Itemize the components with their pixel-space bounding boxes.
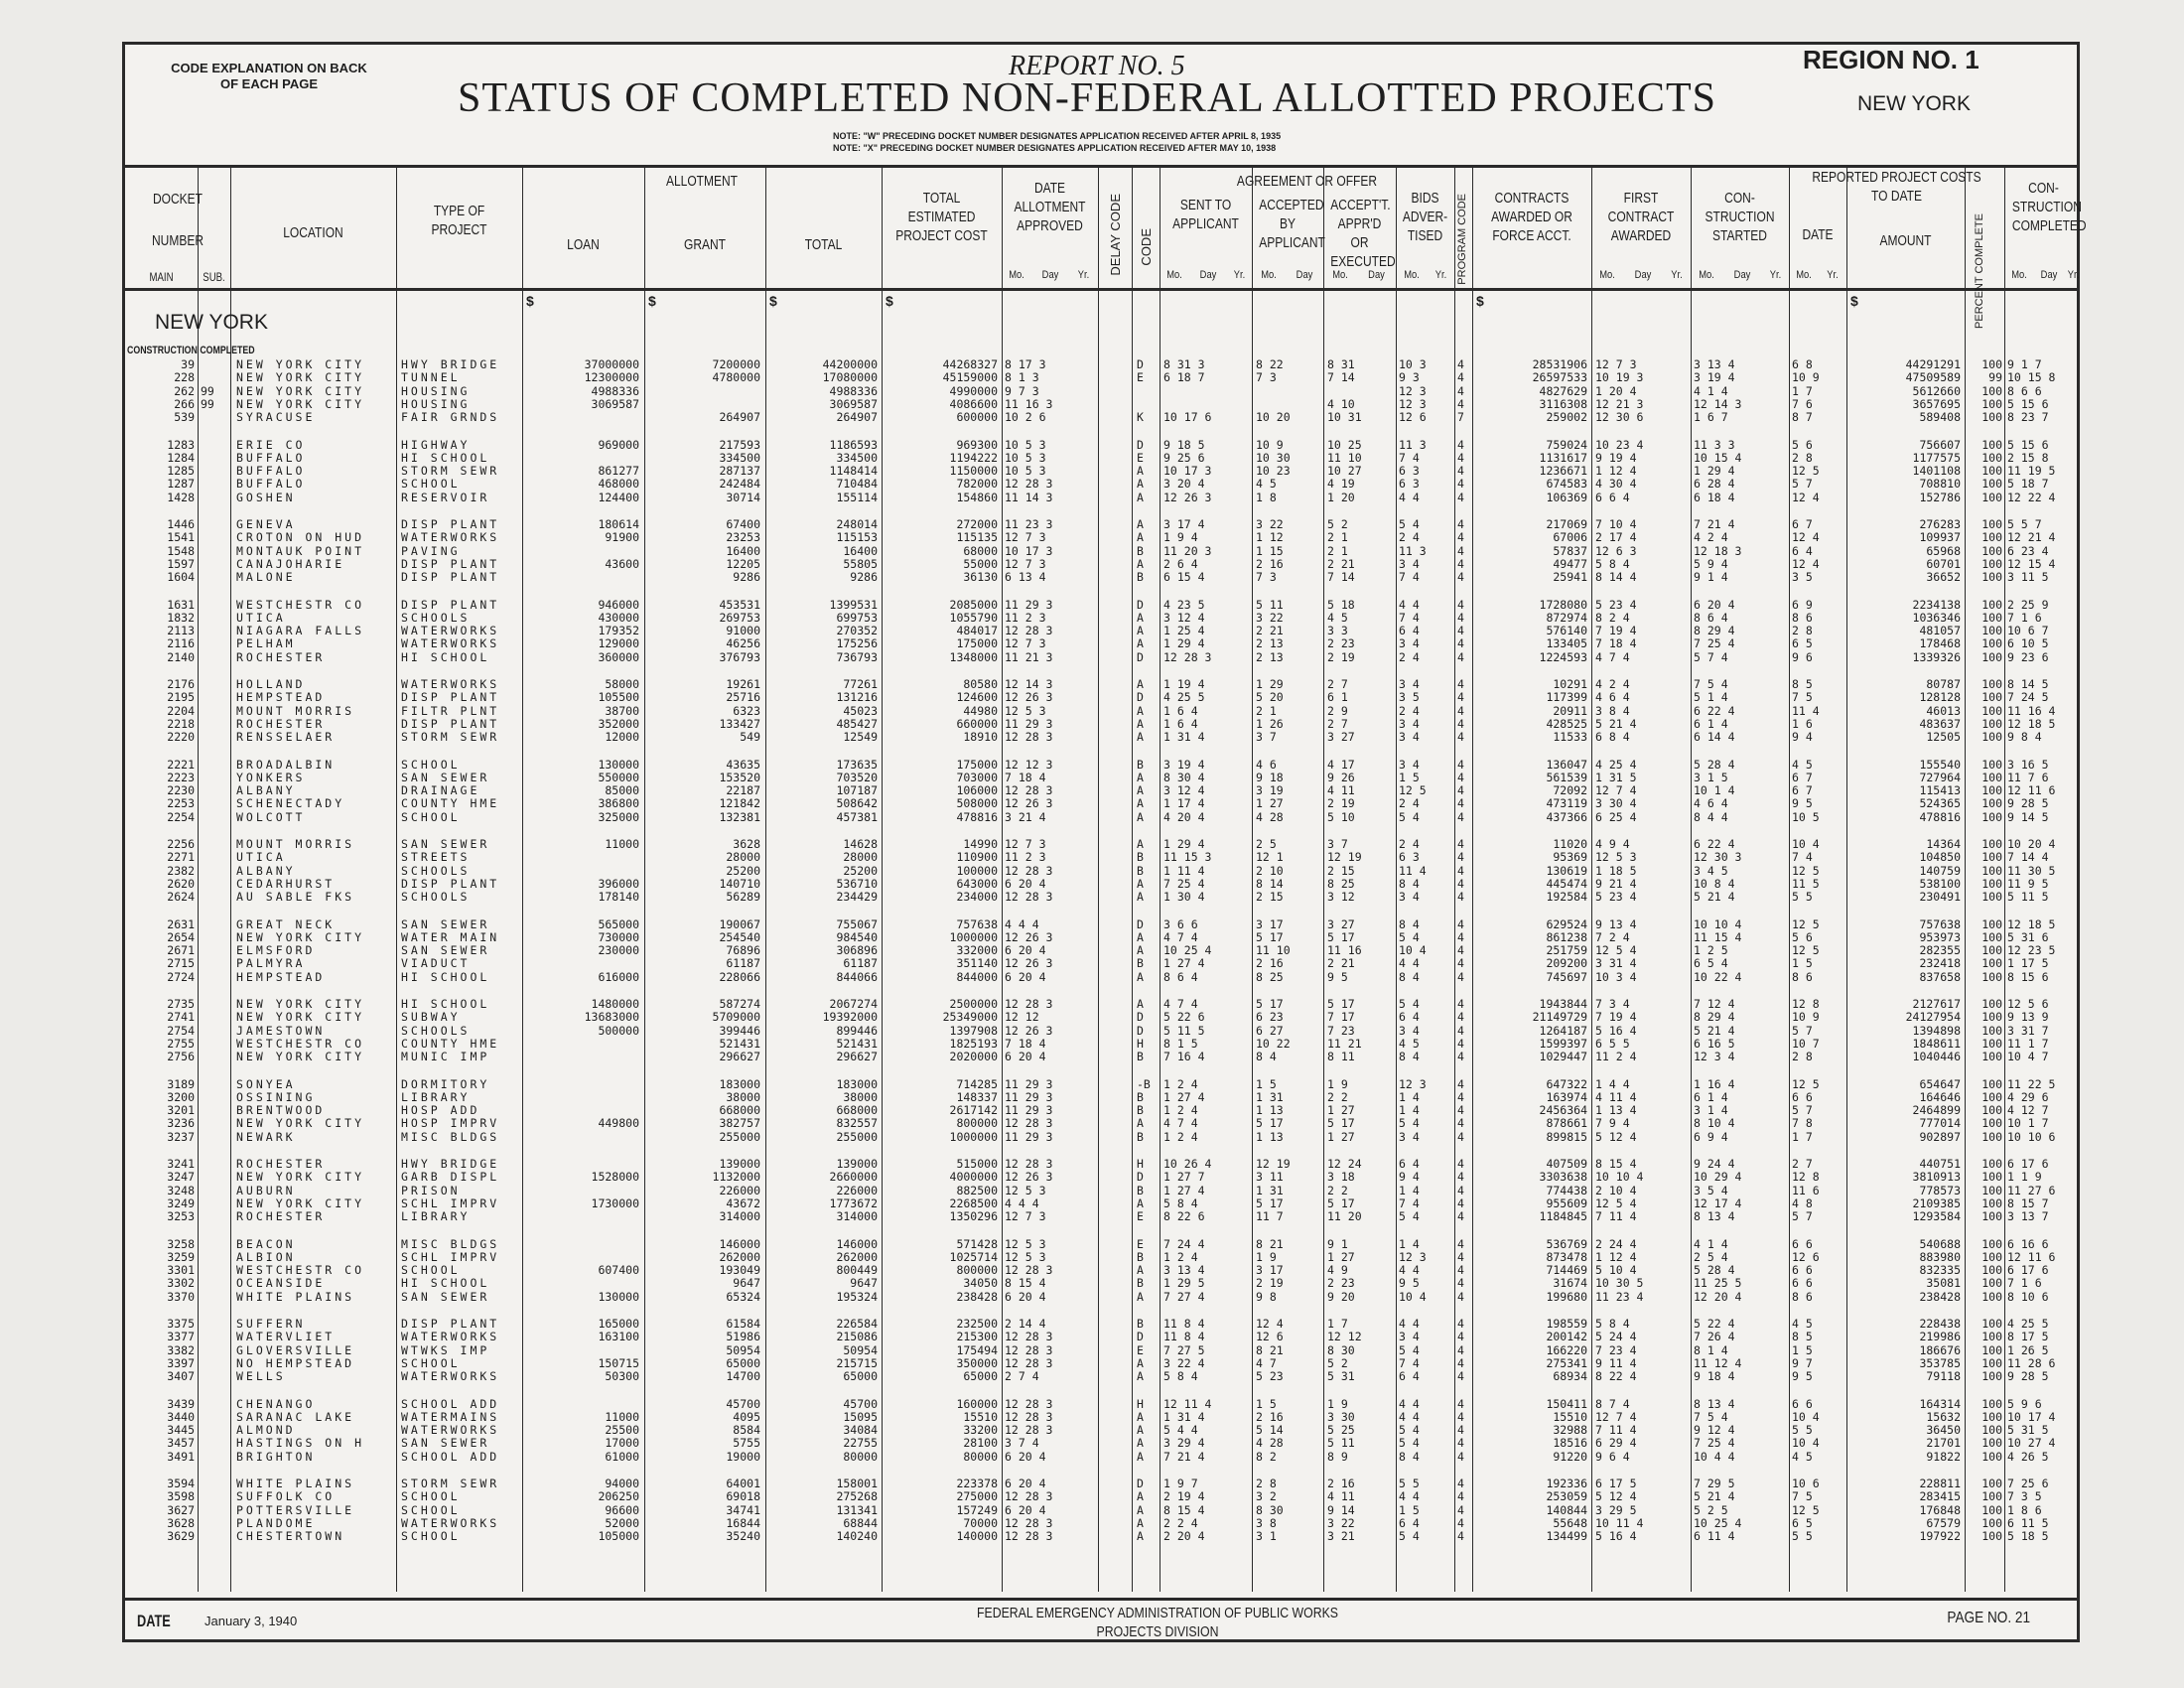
cell-loan: 4988336: [522, 385, 639, 398]
cell-completed: 8 23 7: [2007, 411, 2082, 424]
cell-contracts: 68934: [1472, 1370, 1587, 1383]
table-row: 2741NEW YORK CITYSUBWAY13683000570900019…: [125, 1011, 2077, 1024]
col-bids: BIDS ADVER-TISED: [1402, 189, 1448, 245]
cell-loc: BUFFALO: [236, 452, 395, 465]
cell-grant: 9286: [644, 571, 760, 584]
cell-acode: A: [1137, 518, 1159, 531]
cell-first: 11 23 4: [1595, 1291, 1689, 1304]
cell-est: 1055790: [882, 612, 998, 625]
cell-type: SCHOOL: [401, 1504, 522, 1517]
cell-grant: 25716: [644, 691, 760, 704]
cell-completed: 5 18 5: [2007, 1530, 2082, 1543]
table-row: 3375SUFFERNDISP PLANT1650006158422658423…: [125, 1318, 2077, 1331]
cell-started: 6 22 4: [1694, 838, 1787, 851]
cell-first: 9 21 4: [1595, 878, 1689, 891]
cell-allot: 11 29 3: [1005, 599, 1096, 612]
cell-first: 7 11 4: [1595, 1424, 1689, 1437]
cell-type: DISP PLANT: [401, 599, 522, 612]
cell-type: SCHOOL: [401, 1264, 522, 1277]
cell-acode: D: [1137, 1331, 1159, 1343]
cell-acode: A: [1137, 465, 1159, 478]
cell-total: 131216: [765, 691, 878, 704]
sub-yr: Yr.: [1764, 265, 1787, 285]
sub-day: Day: [2036, 265, 2062, 285]
cell-loc: WESTCHESTR CO: [236, 1038, 395, 1051]
cell-acc: 8 22: [1256, 358, 1321, 371]
table-row: 1284BUFFALOHI SCHOOL33450033450011942221…: [125, 452, 2077, 465]
cell-acode: H: [1137, 1398, 1159, 1411]
cell-completed: 12 11 6: [2007, 1251, 2082, 1264]
cell-loan: 129000: [522, 637, 639, 650]
cell-rdate: 1 7: [1792, 1131, 1845, 1144]
cell-grant: 51986: [644, 1331, 760, 1343]
cell-grant: 146000: [644, 1238, 760, 1251]
cell-prog: 4: [1457, 1185, 1471, 1197]
cell-type: GARB DISPL: [401, 1171, 522, 1184]
cell-est: 2617142: [882, 1104, 998, 1117]
cell-prog: 4: [1457, 1424, 1471, 1437]
cell-allot: 11 16 3: [1005, 398, 1096, 411]
cell-allot: 11 29 3: [1005, 718, 1096, 731]
cell-rdate: 10 4: [1792, 838, 1845, 851]
cell-loan: 52000: [522, 1517, 639, 1530]
cell-started: 7 29 5: [1694, 1477, 1787, 1490]
cell-est: 332000: [882, 944, 998, 957]
cell-total: 899446: [765, 1025, 878, 1038]
cell-contracts: 21149729: [1472, 1011, 1587, 1024]
cell-allot: 12 5 3: [1005, 705, 1096, 718]
cell-bids: 4 4: [1399, 599, 1452, 612]
cell-sent: 1 29 4: [1163, 838, 1251, 851]
cell-appr: 7 17: [1327, 1011, 1393, 1024]
cell-loc: HEMPSTEAD: [236, 691, 395, 704]
table-row: 2204MOUNT MORRISFILTR PLNT38700632345023…: [125, 705, 2077, 718]
cell-appr: 7 14: [1327, 571, 1393, 584]
cell-loan: 94000: [522, 1477, 639, 1490]
cell-pct: 100: [1967, 731, 2002, 744]
cell-loan: 12300000: [522, 371, 639, 384]
cell-main: 228: [125, 371, 195, 384]
cell-rdate: 11 6: [1792, 1185, 1845, 1197]
cell-completed: 11 9 5: [2007, 878, 2082, 891]
cell-grant: 91000: [644, 625, 760, 637]
cell-appr: 8 9: [1327, 1451, 1393, 1464]
cell-started: 12 18 3: [1694, 545, 1787, 558]
cell-type: FILTR PLNT: [401, 705, 522, 718]
cell-rdate: 8 6: [1792, 971, 1845, 984]
cell-bids: 5 4: [1399, 998, 1452, 1011]
cell-bids: 6 3: [1399, 465, 1452, 478]
cell-sent: 1 27 4: [1163, 957, 1251, 970]
cell-started: 6 18 4: [1694, 492, 1787, 504]
cell-total: 536710: [765, 878, 878, 891]
cell-type: SCHOOL: [401, 811, 522, 824]
cell-est: 882500: [882, 1185, 998, 1197]
cell-acode: A: [1137, 944, 1159, 957]
cell-sent: 2 19 4: [1163, 1490, 1251, 1503]
sub-mo: Mo.: [1255, 265, 1284, 285]
cell-pct: 100: [1967, 1530, 2002, 1543]
cell-rdate: 5 7: [1792, 1025, 1845, 1038]
col-rep-date: DATE: [1795, 225, 1841, 244]
cell-main: 2715: [125, 957, 195, 970]
cell-acc: 8 14: [1256, 878, 1321, 891]
cell-bids: 6 3: [1399, 478, 1452, 491]
cell-total: 19392000: [765, 1011, 878, 1024]
cell-acode: B: [1137, 1091, 1159, 1104]
cell-allot: 12 28 3: [1005, 1424, 1096, 1437]
cell-appr: 11 20: [1327, 1210, 1393, 1223]
cell-type: PRISON: [401, 1185, 522, 1197]
cell-appr: 8 11: [1327, 1051, 1393, 1063]
cell-acode: A: [1137, 811, 1159, 824]
cell-rdate: 12 5: [1792, 944, 1845, 957]
cell-rdate: 6 5: [1792, 1517, 1845, 1530]
cell-completed: 10 17 4: [2007, 1411, 2082, 1424]
cell-grant: 254540: [644, 931, 760, 944]
cell-contracts: 91220: [1472, 1451, 1587, 1464]
cell-amount: 1339326: [1846, 651, 1961, 664]
cell-type: HIGHWAY: [401, 439, 522, 452]
footer-agency: FEDERAL EMERGENCY ADMINISTRATION OF PUBL…: [905, 1604, 1410, 1641]
cell-contracts: 1728080: [1472, 599, 1587, 612]
sub-day: Day: [1192, 265, 1224, 285]
cell-type: VIADUCT: [401, 957, 522, 970]
cell-grant: 43672: [644, 1197, 760, 1210]
cell-first: 8 7 4: [1595, 1398, 1689, 1411]
cell-started: 8 29 4: [1694, 625, 1787, 637]
cell-prog: 4: [1457, 492, 1471, 504]
cell-loc: BEACON: [236, 1238, 395, 1251]
cell-first: 12 7 4: [1595, 784, 1689, 797]
cell-loan: 386800: [522, 797, 639, 810]
cell-sent: 7 16 4: [1163, 1051, 1251, 1063]
cell-started: 5 2 5: [1694, 1504, 1787, 1517]
cell-main: 3445: [125, 1424, 195, 1437]
cell-appr: 1 27: [1327, 1104, 1393, 1117]
cell-allot: 12 28 3: [1005, 478, 1096, 491]
cell-loc: ALBANY: [236, 865, 395, 878]
table-row: 3258BEACONMISC BLDGS14600014600057142812…: [125, 1238, 2077, 1251]
cell-acode: A: [1137, 891, 1159, 904]
cell-sent: 4 20 4: [1163, 811, 1251, 824]
cell-prog: 4: [1457, 1011, 1471, 1024]
cell-completed: 8 15 7: [2007, 1197, 2082, 1210]
cell-total: 800449: [765, 1264, 878, 1277]
cell-first: 4 30 4: [1595, 478, 1689, 491]
cell-loan: 13683000: [522, 1011, 639, 1024]
cell-est: 70000: [882, 1517, 998, 1530]
cell-allot: 11 29 3: [1005, 1131, 1096, 1144]
cell-first: 7 23 4: [1595, 1344, 1689, 1357]
cell-bids: 8 4: [1399, 1451, 1452, 1464]
cell-type: SCHOOLS: [401, 891, 522, 904]
cell-prog: 4: [1457, 1171, 1471, 1184]
cell-contracts: 192584: [1472, 891, 1587, 904]
cell-started: 5 1 4: [1694, 691, 1787, 704]
cell-main: 1604: [125, 571, 195, 584]
cell-pct: 100: [1967, 612, 2002, 625]
cell-contracts: 259002: [1472, 411, 1587, 424]
cell-pct: 100: [1967, 411, 2002, 424]
cell-type: SCHOOL ADD: [401, 1451, 522, 1464]
cell-bids: 12 3: [1399, 1251, 1452, 1264]
cell-allot: 12 26 3: [1005, 797, 1096, 810]
cell-bids: 3 4: [1399, 1131, 1452, 1144]
cell-appr: 1 7: [1327, 1318, 1393, 1331]
cell-prog: 4: [1457, 691, 1471, 704]
cell-main: 2271: [125, 851, 195, 864]
cell-grant: 30714: [644, 492, 760, 504]
cell-appr: 9 5: [1327, 971, 1393, 984]
cell-grant: 1132000: [644, 1171, 760, 1184]
cell-total: 22755: [765, 1437, 878, 1450]
cell-main: 1631: [125, 599, 195, 612]
cell-amount: 15632: [1846, 1411, 1961, 1424]
dollar-marker: $: [648, 293, 656, 309]
cell-main: 3259: [125, 1251, 195, 1264]
cell-rdate: 11 5: [1792, 878, 1845, 891]
cell-contracts: 3116308: [1472, 398, 1587, 411]
cell-loc: ROCHESTER: [236, 1210, 395, 1223]
cell-est: 25349000: [882, 1011, 998, 1024]
cell-loc: AU SABLE FKS: [236, 891, 395, 904]
cell-started: 7 25 4: [1694, 637, 1787, 650]
cell-est: 18910: [882, 731, 998, 744]
cell-sent: 7 21 4: [1163, 1451, 1251, 1464]
cell-loan: 325000: [522, 811, 639, 824]
cell-rdate: 6 4: [1792, 545, 1845, 558]
col-docket: DOCKET: [136, 190, 220, 209]
cell-type: SCHOOL: [401, 478, 522, 491]
cell-loc: SUFFOLK CO: [236, 1490, 395, 1503]
cell-acode: A: [1137, 1530, 1159, 1543]
cell-rdate: 1 7: [1792, 385, 1845, 398]
cell-prog: 4: [1457, 1451, 1471, 1464]
cell-allot: 11 29 3: [1005, 1091, 1096, 1104]
cell-acc: 1 27: [1256, 797, 1321, 810]
cell-completed: 12 11 6: [2007, 784, 2082, 797]
cell-type: WATERWORKS: [401, 1331, 522, 1343]
cell-total: 334500: [765, 452, 878, 465]
cell-allot: 6 20 4: [1005, 1291, 1096, 1304]
cell-completed: 10 6 7: [2007, 625, 2082, 637]
cell-type: SCHOOL ADD: [401, 1398, 522, 1411]
cell-type: SAN SEWER: [401, 918, 522, 931]
cell-bids: 7 4: [1399, 1197, 1452, 1210]
cell-loan: 124400: [522, 492, 639, 504]
cell-type: LIBRARY: [401, 1091, 522, 1104]
cell-contracts: 437366: [1472, 811, 1587, 824]
cell-sent: 10 17 3: [1163, 465, 1251, 478]
cell-loan: 11000: [522, 838, 639, 851]
cell-est: 100000: [882, 865, 998, 878]
cell-prog: 4: [1457, 1291, 1471, 1304]
cell-loc: BRIGHTON: [236, 1451, 395, 1464]
col-sent: SENT TO APPLICANT: [1168, 196, 1242, 233]
cell-allot: 12 28 3: [1005, 1517, 1096, 1530]
cell-loan: 969000: [522, 439, 639, 452]
cell-bids: 2 4: [1399, 531, 1452, 544]
cell-contracts: 57837: [1472, 545, 1587, 558]
cell-est: 4990000: [882, 385, 998, 398]
cell-main: 2741: [125, 1011, 195, 1024]
cell-rdate: 9 6: [1792, 651, 1845, 664]
cell-type: DISP PLANT: [401, 691, 522, 704]
cell-sent: 12 28 3: [1163, 651, 1251, 664]
cell-type: HWY BRIDGE: [401, 358, 522, 371]
cell-est: 2268500: [882, 1197, 998, 1210]
sub-yr: Yr.: [1071, 265, 1096, 285]
cell-acode: A: [1137, 705, 1159, 718]
cell-loc: GLOVERSVILLE: [236, 1344, 395, 1357]
sub-mo: Mo.: [1004, 265, 1029, 285]
cell-prog: 4: [1457, 957, 1471, 970]
cell-prog: 4: [1457, 612, 1471, 625]
cell-acode: D: [1137, 651, 1159, 664]
cell-first: 6 25 4: [1595, 811, 1689, 824]
sub-yr: Yr.: [1665, 265, 1689, 285]
cell-allot: 12 5 3: [1005, 1251, 1096, 1264]
cell-sent: 3 6 6: [1163, 918, 1251, 931]
cell-loc: ROCHESTER: [236, 1158, 395, 1171]
cell-sent: 3 29 4: [1163, 1437, 1251, 1450]
cell-loan: 616000: [522, 971, 639, 984]
cell-started: 10 8 4: [1694, 878, 1787, 891]
cell-completed: 11 1 7: [2007, 1038, 2082, 1051]
cell-rdate: 5 7: [1792, 478, 1845, 491]
cell-amount: 1036346: [1846, 612, 1961, 625]
cell-first: 1 12 4: [1595, 1251, 1689, 1264]
cell-acc: 8 30: [1256, 1504, 1321, 1517]
cell-pct: 100: [1967, 1025, 2002, 1038]
cell-contracts: 10291: [1472, 678, 1587, 691]
cell-rdate: 12 4: [1792, 558, 1845, 571]
cell-first: 1 31 5: [1595, 772, 1689, 784]
cell-acode: A: [1137, 1197, 1159, 1210]
cell-grant: 61187: [644, 957, 760, 970]
col-contracts: CONTRACTS AWARDED OR FORCE ACCT.: [1484, 189, 1579, 245]
cell-started: 7 25 4: [1694, 1437, 1787, 1450]
cell-bids: 12 3: [1399, 385, 1452, 398]
cell-bids: 5 4: [1399, 931, 1452, 944]
cell-rdate: 5 6: [1792, 931, 1845, 944]
cell-rdate: 1 5: [1792, 957, 1845, 970]
cell-loan: 11000: [522, 1411, 639, 1424]
cell-acode: D: [1137, 439, 1159, 452]
cell-main: 3247: [125, 1171, 195, 1184]
cell-bids: 5 4: [1399, 1210, 1452, 1223]
cell-acc: 10 30: [1256, 452, 1321, 465]
cell-main: 1428: [125, 492, 195, 504]
cell-prog: 4: [1457, 1357, 1471, 1370]
cell-contracts: 745697: [1472, 971, 1587, 984]
cell-completed: 6 10 5: [2007, 637, 2082, 650]
cell-first: 2 17 4: [1595, 531, 1689, 544]
cell-started: 3 4 5: [1694, 865, 1787, 878]
cell-appr: 9 20: [1327, 1291, 1393, 1304]
table-row: 3189SONYEADORMITORY18300018300071428511 …: [125, 1078, 2077, 1091]
table-row: 3200OSSININGLIBRARY380003800014833711 29…: [125, 1091, 2077, 1104]
cell-completed: 5 9 6: [2007, 1398, 2082, 1411]
cell-loc: NEW YORK CITY: [236, 1171, 395, 1184]
cell-sent: 5 8 4: [1163, 1370, 1251, 1383]
cell-pct: 100: [1967, 784, 2002, 797]
cell-pct: 100: [1967, 998, 2002, 1011]
cell-allot: 10 5 3: [1005, 452, 1096, 465]
table-row: 3301WESTCHESTR COSCHOOL60740019304980044…: [125, 1264, 2077, 1277]
cell-est: 232500: [882, 1318, 998, 1331]
cell-total: 61187: [765, 957, 878, 970]
cell-pct: 100: [1967, 385, 2002, 398]
cell-bids: 3 4: [1399, 558, 1452, 571]
cell-acode: A: [1137, 838, 1159, 851]
cell-amount: 230491: [1846, 891, 1961, 904]
cell-sent: 8 15 4: [1163, 1504, 1251, 1517]
cell-acode: B: [1137, 865, 1159, 878]
cell-type: COUNTY HME: [401, 1038, 522, 1051]
cell-appr: 2 23: [1327, 1277, 1393, 1290]
cell-started: 5 7 4: [1694, 651, 1787, 664]
cell-total: 1399531: [765, 599, 878, 612]
cell-started: 4 6 4: [1694, 797, 1787, 810]
cell-first: 6 29 4: [1595, 1437, 1689, 1450]
dollar-marker: $: [769, 293, 777, 309]
footer-date-label: DATE: [137, 1612, 171, 1631]
cell-contracts: 163974: [1472, 1091, 1587, 1104]
cell-appr: 5 17: [1327, 1117, 1393, 1130]
cell-est: 1000000: [882, 931, 998, 944]
cell-appr: 2 15: [1327, 865, 1393, 878]
cell-bids: 1 5: [1399, 1504, 1452, 1517]
cell-loan: 178140: [522, 891, 639, 904]
cell-total: 1186593: [765, 439, 878, 452]
cell-sent: 11 8 4: [1163, 1318, 1251, 1331]
cell-acc: 8 4: [1256, 1051, 1321, 1063]
cell-loan: 230000: [522, 944, 639, 957]
cell-grant: 242484: [644, 478, 760, 491]
table-row: 2195HEMPSTEADDISP PLANT10550025716131216…: [125, 691, 2077, 704]
cell-acode: H: [1137, 1038, 1159, 1051]
cell-rdate: 9 5: [1792, 797, 1845, 810]
cell-allot: 11 23 3: [1005, 518, 1096, 531]
cell-rdate: 2 8: [1792, 1051, 1845, 1063]
cell-first: 10 10 4: [1595, 1171, 1689, 1184]
cell-main: 2253: [125, 797, 195, 810]
table-row: 3248AUBURNPRISON22600022600088250012 5 3…: [125, 1185, 2077, 1197]
cell-loan: 430000: [522, 612, 639, 625]
cell-contracts: 647322: [1472, 1078, 1587, 1091]
col-first-contract: FIRST CONTRACT AWARDED: [1601, 189, 1681, 245]
cell-grant: 264907: [644, 411, 760, 424]
cell-loc: SONYEA: [236, 1078, 395, 1091]
cell-bids: 1 5: [1399, 772, 1452, 784]
cell-first: 7 10 4: [1595, 518, 1689, 531]
cell-appr: 10 25: [1327, 439, 1393, 452]
cell-sent: 7 24 4: [1163, 1238, 1251, 1251]
cell-started: 10 22 4: [1694, 971, 1787, 984]
cell-acc: 1 5: [1256, 1398, 1321, 1411]
cell-loan: 500000: [522, 1025, 639, 1038]
cell-pct: 100: [1967, 558, 2002, 571]
cell-type: HI SCHOOL: [401, 998, 522, 1011]
cell-loan: 607400: [522, 1264, 639, 1277]
cell-acode: A: [1137, 731, 1159, 744]
cell-est: 154860: [882, 492, 998, 504]
table-row: 3241ROCHESTERHWY BRIDGE13900013900051500…: [125, 1158, 2077, 1171]
cell-bids: 7 4: [1399, 571, 1452, 584]
cell-prog: 4: [1457, 865, 1471, 878]
